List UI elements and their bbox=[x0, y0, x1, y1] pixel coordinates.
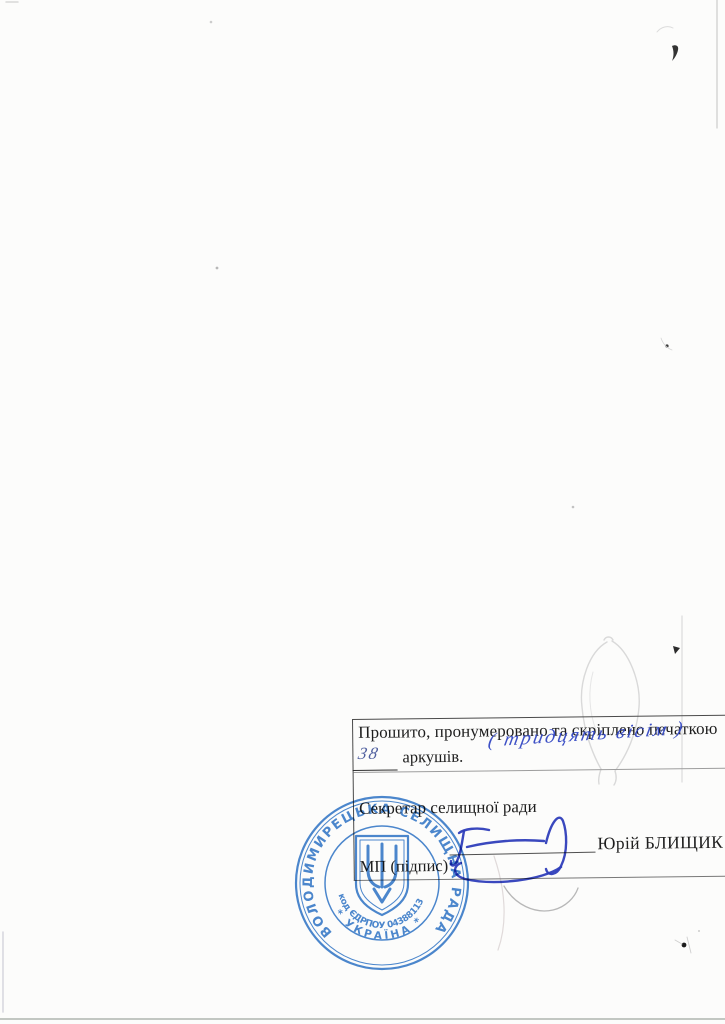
sheet-count-handwritten: 38 bbox=[356, 744, 381, 764]
official-round-stamp: ВОЛОДИМИРЕЦЬКА СЕЛИЩНА РАДА код ЄДРПОУ 0… bbox=[287, 788, 477, 978]
scanned-page: Прошито, пронумеровано та скріплено печа… bbox=[0, 0, 725, 1024]
box-divider-line bbox=[354, 768, 725, 773]
ukraine-trident-icon bbox=[356, 836, 408, 915]
official-name: Юрій БЛИЩИК bbox=[597, 832, 723, 854]
sheet-count-label: аркушів. bbox=[402, 747, 463, 768]
